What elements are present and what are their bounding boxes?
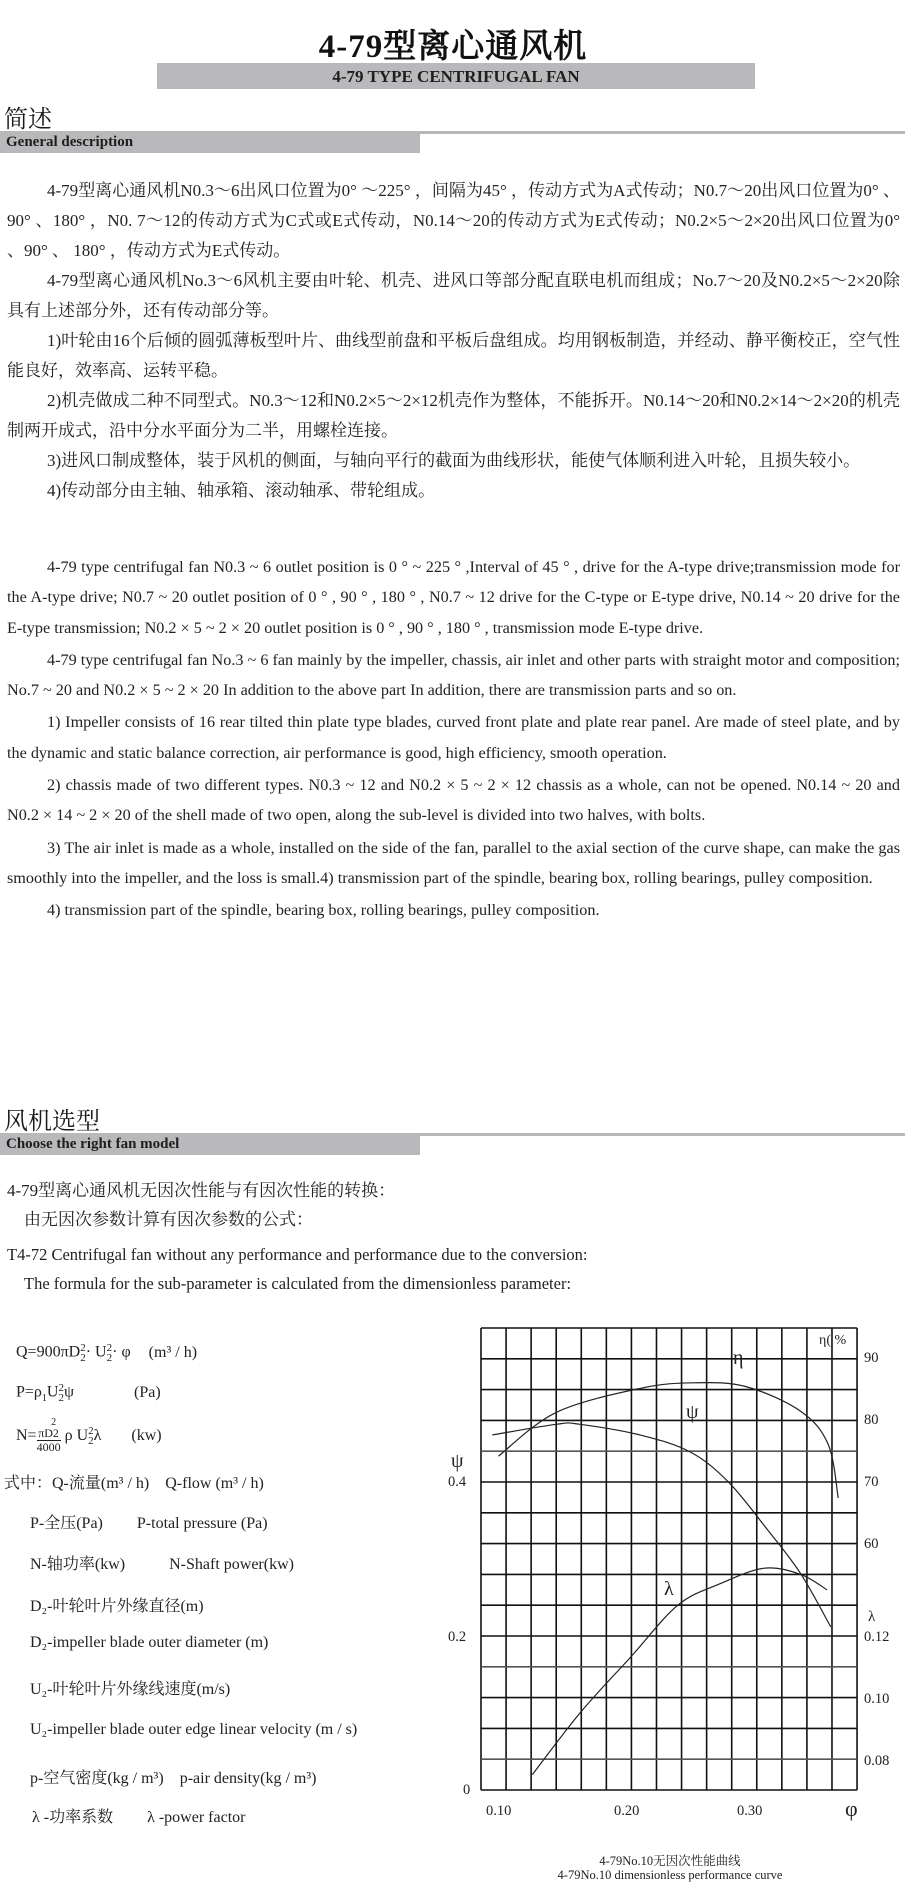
legend-shaft-power: N-轴功率(kw)N-Shaft power(kw) [30, 1551, 294, 1574]
phi-tick-010: 0.10 [486, 1803, 511, 1820]
page-subtitle-bar: 4-79 TYPE CENTRIFUGAL FAN [157, 63, 755, 89]
lambda-axis-label: λ [868, 1609, 875, 1626]
cn-paragraph: 4-79型离心通风机N0.3～6出风口位置为0° ～225° ，间隔为45° ，… [7, 176, 900, 266]
en-paragraph: 1) Impeller consists of 16 rear tilted t… [7, 707, 900, 768]
chart-title: 4-79No.10无因次性能曲线 [480, 1851, 860, 1869]
legend-density: p-空气密度(kg / m³)p-air density(kg / m³) [30, 1765, 316, 1788]
psi-tick-04: 0.4 [448, 1474, 466, 1491]
en-paragraph: 2) chassis made of two different types. … [7, 770, 900, 831]
eta-tick-60: 60 [864, 1536, 879, 1553]
lambda-tick-008: 0.08 [864, 1753, 889, 1770]
eta-axis-label: η( % [819, 1333, 846, 1349]
phi-tick-030: 0.30 [737, 1803, 762, 1820]
legend-pressure: P-全压(Pa)P-total pressure (Pa) [30, 1510, 268, 1533]
eta-tick-70: 70 [864, 1474, 879, 1491]
chart-grid [481, 1328, 857, 1790]
section-title-general-cn: 简述 [4, 99, 52, 134]
cn-paragraph: 4)传动部分由主轴、轴承箱、滚动轴承、带轮组成。 [7, 476, 900, 506]
section-title-selection-cn: 风机选型 [4, 1101, 100, 1136]
page-title: 4-79型离心通风机 [0, 20, 906, 67]
legend-velocity-en: U₂-impeller blade outer edge linear velo… [30, 1721, 357, 1739]
en-paragraph: 3) The air inlet is made as a whole, ins… [7, 833, 900, 894]
curve-λ [532, 1568, 827, 1775]
psi-axis-label: ψ [451, 1450, 464, 1473]
section-title-general-en: General description [0, 131, 420, 153]
general-cn-text: 4-79型离心通风机N0.3～6出风口位置为0° ～225° ，间隔为45° ，… [7, 176, 900, 506]
intro-en-2: The formula for the sub-parameter is cal… [24, 1274, 571, 1294]
legend-diameter-en: D₂-impeller blade outer diameter (m) [30, 1634, 268, 1652]
formula-flow: Q=900πD22· U22· φ (m³ / h) [16, 1343, 197, 1363]
curve-η [499, 1383, 839, 1498]
lambda-tick-012: 0.12 [864, 1629, 889, 1646]
cn-paragraph: 4-79型离心通风机No.3～6风机主要由叶轮、机壳、进风口等部分配直联电机而组… [7, 266, 900, 326]
legend-power-factor: λ -功率系数λ -power factor [32, 1804, 245, 1827]
psi-tick-02: 0.2 [448, 1629, 466, 1646]
legend-velocity-cn: U₂-叶轮叶片外缘线速度(m/s) [30, 1676, 230, 1699]
lambda-curve-label: λ [664, 1578, 674, 1601]
eta-curve-label: η [733, 1347, 743, 1370]
lambda-tick-010: 0.10 [864, 1691, 889, 1708]
general-en-text: 4-79 type centrifugal fan N0.3 ~ 6 outle… [7, 552, 900, 926]
formula-power: N= 2πD24000 ρ U22λ (kw) [16, 1418, 162, 1454]
phi-tick-020: 0.20 [614, 1803, 639, 1820]
eta-tick-80: 80 [864, 1412, 879, 1429]
phi-axis-label: φ [845, 1796, 858, 1822]
curve-ψ [492, 1423, 830, 1627]
cn-paragraph: 1)叶轮由16个后倾的圆弧薄板型叶片、曲线型前盘和平板后盘组成。均用钢板制造，并… [7, 326, 900, 386]
intro-cn-2: 由无因次参数计算有因次参数的公式： [24, 1205, 313, 1230]
intro-en-1: T4-72 Centrifugal fan without any perfor… [7, 1245, 588, 1265]
en-paragraph: 4-79 type centrifugal fan N0.3 ~ 6 outle… [7, 552, 900, 643]
psi-curve-label: ψ [686, 1401, 699, 1424]
cn-paragraph: 3)进风口制成整体，装于风机的侧面，与轴向平行的截面为曲线形状，能使气体顺利进入… [7, 446, 900, 476]
section-title-selection-en: Choose the right fan model [0, 1133, 420, 1155]
legend-flow: 式中：Q-流量(m³ / h)Q-flow (m³ / h) [4, 1470, 264, 1493]
formula-pressure: P=ρ1U22ψ (Pa) [16, 1383, 161, 1404]
cn-paragraph: 2)机壳做成二种不同型式。N0.3～12和N0.2×5～2×12机壳作为整体，不… [7, 386, 900, 446]
intro-cn-1: 4-79型离心通风机无因次性能与有因次性能的转换： [7, 1176, 395, 1201]
psi-tick-0: 0 [463, 1782, 470, 1799]
legend-diameter-cn: D₂-叶轮叶片外缘直径(m) [30, 1593, 204, 1616]
eta-tick-90: 90 [864, 1350, 879, 1367]
en-paragraph: 4) transmission part of the spindle, bea… [7, 895, 900, 925]
en-paragraph: 4-79 type centrifugal fan No.3 ~ 6 fan m… [7, 645, 900, 706]
chart-subtitle: 4-79No.10 dimensionless performance curv… [480, 1868, 860, 1883]
